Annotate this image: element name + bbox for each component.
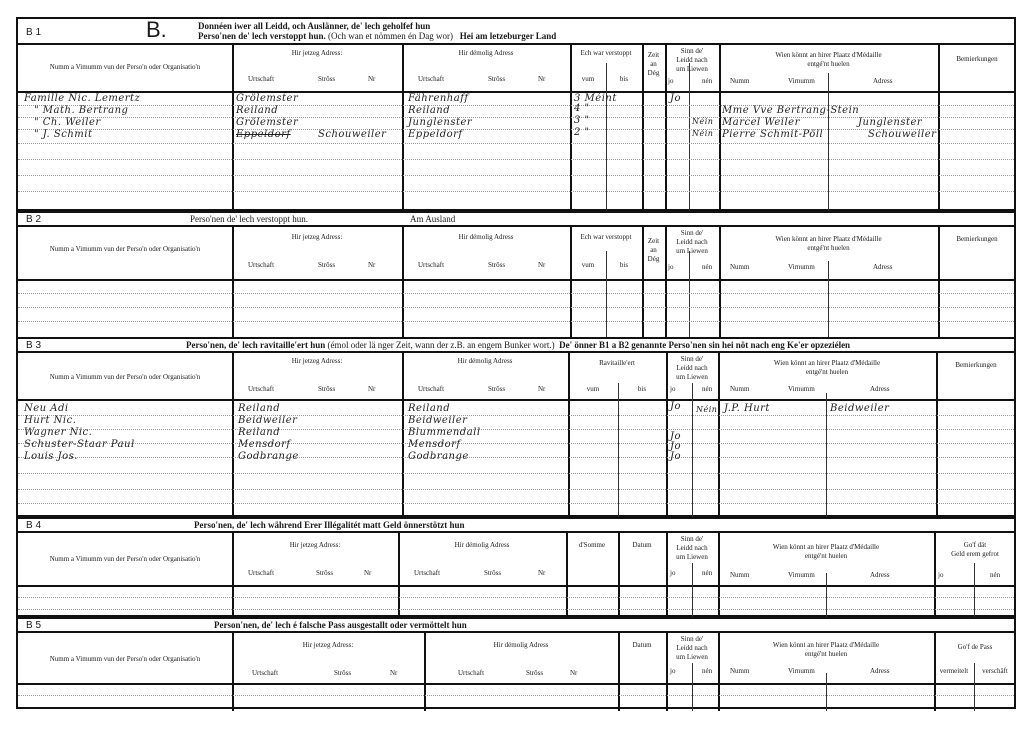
section-b5: B 5 Person'nen, de' lech é falsche Pass … bbox=[16, 617, 1016, 709]
section-b4: B 4 Perso'nen, de' lech während Erer Ill… bbox=[16, 517, 1016, 617]
header-passport: Go'f de Pass bbox=[934, 643, 1016, 652]
label: Sinn de' bbox=[681, 635, 703, 643]
entry-alive-no: Néin bbox=[692, 117, 713, 126]
header-current-address: Hir jetzeg Adress: bbox=[232, 49, 402, 58]
header-urtschaft: Urtschaft bbox=[248, 385, 274, 394]
header-nen: nén bbox=[990, 571, 1000, 580]
rule-line bbox=[18, 175, 1014, 176]
header-current-address: Hir jetzeg Adress: bbox=[232, 541, 398, 550]
header-nr: Nr bbox=[368, 75, 375, 84]
header-nen: nén bbox=[702, 667, 712, 676]
entry-current-place: Mensdorf bbox=[238, 439, 291, 450]
header-numm: Numm bbox=[730, 263, 749, 272]
entry-name: " Math. Bertrang bbox=[34, 105, 128, 116]
label: Wien könnt an hirer Plaatz d'Médaille bbox=[774, 359, 880, 367]
col-divider bbox=[938, 227, 940, 341]
entry-name: Wagner Nic. bbox=[24, 427, 92, 438]
label: Leidd nach bbox=[676, 56, 707, 64]
header-stross: Strõss bbox=[318, 75, 335, 84]
header-remarks: Bemierkungen bbox=[938, 55, 1016, 64]
rule-line bbox=[18, 293, 1014, 294]
section-title-line1: Donnéen iwer all Leidd, och Auslänner, d… bbox=[198, 21, 430, 31]
header-name: Numm a Vimumm vun der Perso'n oder Organ… bbox=[18, 655, 232, 664]
header-stross: Strõss bbox=[484, 569, 501, 578]
header-nr: Nr bbox=[538, 385, 545, 394]
header-medal: Wien könnt an hirer Plaatz d'Médailleent… bbox=[718, 543, 934, 561]
label: entgé'nt huelen bbox=[805, 650, 847, 658]
col-divider bbox=[402, 353, 404, 519]
section-title-location: Am Ausland bbox=[410, 214, 455, 224]
header-stross: Strõss bbox=[488, 75, 505, 84]
header-alive: Sinn de'Leidd nachum Liewen bbox=[666, 535, 718, 562]
header-nr: Nr bbox=[538, 261, 545, 270]
header-zeit: ZeitanDég bbox=[642, 51, 665, 78]
rule-line bbox=[18, 457, 1014, 458]
section-title-line2: Perso'nen de' lech verstoppt hun. (Och w… bbox=[198, 31, 556, 41]
label: um Liewen bbox=[676, 653, 708, 661]
entry-struck-place: Eppeldorf bbox=[236, 129, 291, 140]
rule-line bbox=[18, 503, 1014, 504]
entry-hidden-from: 3 " bbox=[574, 115, 590, 126]
header-jo: jo bbox=[670, 385, 675, 394]
entry-medal-name: Pierre Schmit-Pöll bbox=[722, 129, 823, 140]
header-former-address: Hir démolig Adress bbox=[424, 641, 618, 650]
header-jo: jo bbox=[668, 77, 673, 86]
section-title: Perso'nen, de' lech während Erer Illégal… bbox=[194, 520, 464, 530]
entry-former-place: Junglenster bbox=[408, 117, 472, 128]
header-stross: Strõss bbox=[334, 669, 351, 678]
rule-line bbox=[18, 321, 1014, 322]
col-divider bbox=[232, 227, 234, 341]
header-current-address: Hir jetzeg Adress: bbox=[232, 233, 402, 242]
header-stross: Strõss bbox=[526, 669, 543, 678]
header-name: Numm a Vimumm vun der Perso'n oder Organ… bbox=[18, 555, 232, 564]
entry-current-place: Grölemster bbox=[236, 117, 298, 128]
entry-alive-yes: Jo bbox=[670, 401, 681, 412]
entry-former-place: Beidweiler bbox=[408, 415, 467, 426]
header-name: Numm a Vimumm vun der Perso'n oder Organ… bbox=[18, 245, 232, 254]
rule-line bbox=[18, 129, 1014, 130]
header-obtained: verschäft bbox=[974, 667, 1016, 676]
col-divider bbox=[828, 261, 829, 341]
section-b1-title-bar: B 1 B. Donnéen iwer all Leidd, och Auslä… bbox=[18, 19, 1014, 45]
title-part: Perso'nen de' lech verstoppt hun. bbox=[198, 31, 326, 41]
label: entgé'nt huelen bbox=[807, 244, 849, 252]
header-nr: Nr bbox=[538, 75, 545, 84]
title-part: De' önner B1 a B2 genannte Perso'nen sin… bbox=[559, 340, 850, 350]
entry-medal-address: Beidweiler bbox=[830, 403, 889, 414]
label: Zeit bbox=[648, 237, 659, 245]
header-hidden: Ech war verstoppt bbox=[570, 49, 642, 58]
col-divider bbox=[618, 383, 619, 519]
header-stross: Strõss bbox=[488, 261, 505, 270]
label: um Liewen bbox=[676, 553, 708, 561]
col-divider bbox=[936, 353, 938, 519]
entry-former-place: Reiland bbox=[408, 403, 450, 414]
col-divider bbox=[232, 45, 234, 239]
header-adress: Adress bbox=[870, 667, 889, 676]
entry-hidden-from: 2 " bbox=[574, 127, 590, 138]
entry-current-place: Beidweiler bbox=[238, 415, 297, 426]
entry-current-place: Reiland bbox=[238, 427, 280, 438]
title-part: Hei am letzeburger Land bbox=[460, 31, 557, 41]
header-nr: Nr bbox=[538, 569, 545, 578]
header-current-address: Hir jetzeg Adress: bbox=[232, 357, 402, 366]
section-code: B 4 bbox=[26, 520, 41, 531]
entry-hidden-from: 4 " bbox=[574, 103, 590, 114]
section-b3: B 3 Perso'nen, de' lech ravitaille'ert h… bbox=[16, 337, 1016, 517]
header-nr: Nr bbox=[368, 261, 375, 270]
header-nr: Nr bbox=[368, 385, 375, 394]
col-divider bbox=[826, 673, 827, 711]
label: an bbox=[650, 60, 657, 68]
header-medal: Wien könnt an hirer Plaatz d'Médailleent… bbox=[719, 51, 938, 69]
header-bis: bis bbox=[606, 261, 642, 270]
section-title: Perso'nen de' lech verstoppt hun. bbox=[190, 214, 308, 224]
header-datum: Datum bbox=[618, 641, 666, 650]
header-vum: vum bbox=[570, 261, 606, 270]
header-datum: Datum bbox=[618, 541, 666, 550]
header-virnumm: Virnumm bbox=[788, 385, 815, 394]
header-urtschaft: Urtschaft bbox=[414, 569, 440, 578]
col-divider bbox=[974, 563, 975, 619]
header-former-address: Hir démolig Adress bbox=[402, 233, 570, 242]
header-alive: Sinn de'Leidd nachum Liewen bbox=[666, 355, 718, 382]
title-part: Perso'nen, de' lech ravitaille'ert hun bbox=[186, 340, 325, 350]
header-alive: Sinn de'Leidd nachum Liewen bbox=[665, 47, 719, 74]
col-divider bbox=[570, 227, 572, 341]
header-zeit: ZeitanDég bbox=[642, 237, 665, 264]
label: Go'f dät bbox=[964, 541, 986, 549]
header-vum: vum bbox=[570, 75, 606, 84]
label: um Liewen bbox=[676, 373, 708, 381]
header-virnumm: Virnumm bbox=[788, 77, 815, 86]
entry-medal-name: Marcel Weiler bbox=[722, 117, 800, 128]
label: entgé'nt huelen bbox=[805, 552, 847, 560]
header-virnumm: Virnumm bbox=[788, 667, 815, 676]
header-urtschaft: Urtschaft bbox=[248, 75, 274, 84]
header-adress: Adress bbox=[870, 385, 889, 394]
label: Sinn de' bbox=[681, 47, 703, 55]
rule-line bbox=[18, 695, 1014, 696]
label: Leidd nach bbox=[676, 238, 707, 246]
header-nen: nén bbox=[702, 385, 712, 394]
section-code: B 1 bbox=[26, 27, 41, 38]
header-nr: Nr bbox=[570, 669, 577, 678]
col-divider bbox=[718, 353, 720, 519]
entry-former-place: Eppeldorf bbox=[408, 129, 463, 140]
entry-alive-no: Néin bbox=[692, 129, 713, 138]
rule-line bbox=[18, 415, 1014, 416]
label: Geld erem gefrot bbox=[951, 550, 999, 558]
header-urtschaft: Urtschaft bbox=[458, 669, 484, 678]
label: Dég bbox=[648, 69, 660, 77]
entry-current-place: Grölemster bbox=[236, 93, 298, 104]
header-remarks: Bemierkungen bbox=[936, 361, 1016, 370]
header-urtschaft: Urtschaft bbox=[418, 385, 444, 394]
col-divider bbox=[402, 45, 404, 239]
entry-former-place: Fährenhaff bbox=[408, 93, 469, 104]
header-nen: nén bbox=[702, 77, 712, 86]
label: Leidd nach bbox=[676, 544, 707, 552]
header-nen: nén bbox=[702, 263, 712, 272]
label: Leidd nach bbox=[676, 644, 707, 652]
header-former-address: Hir démolig Adress bbox=[402, 49, 570, 58]
col-divider bbox=[692, 563, 693, 619]
section-title: Perso'nen, de' lech ravitaille'ert hun (… bbox=[186, 340, 850, 350]
rule-line bbox=[18, 143, 1014, 144]
rule-line bbox=[18, 489, 1014, 490]
header-alive: Sinn de'Leidd nachum Liewen bbox=[665, 229, 719, 256]
header-medal: Wien könnt an hirer Plaatz d'Médailleent… bbox=[719, 235, 938, 253]
entry-name: Famille Nic. Lemertz bbox=[24, 93, 140, 104]
label: Sinn de' bbox=[681, 535, 703, 543]
header-stross: Strõss bbox=[316, 569, 333, 578]
section-title: Person'nen, de' lech é falsche Pass ausg… bbox=[214, 620, 467, 630]
section-b2: B 2 Perso'nen de' lech verstoppt hun. Am… bbox=[16, 211, 1016, 339]
col-divider bbox=[689, 251, 690, 341]
header-medal: Wien könnt an hirer Plaatz d'Médailleent… bbox=[718, 359, 936, 377]
col-divider bbox=[826, 393, 827, 519]
entry-current-place: Schouweiler bbox=[318, 129, 386, 140]
header-ravitailleiert: Ravitaille'ert bbox=[568, 359, 666, 368]
entry-name: Hurt Nic. bbox=[24, 415, 76, 426]
label: Wien könnt an hirer Plaatz d'Médaille bbox=[775, 51, 881, 59]
rule-line bbox=[18, 307, 1014, 308]
header-nen: nén bbox=[702, 569, 712, 578]
header-adress: Adress bbox=[870, 571, 889, 580]
label: Leidd nach bbox=[676, 364, 707, 372]
header-name: Numm a Vimumm vun der Perso'n oder Organ… bbox=[18, 373, 232, 382]
header-virnumm: Virnumm bbox=[788, 263, 815, 272]
form-letter: B. bbox=[146, 17, 167, 43]
entry-name: Louis Jos. bbox=[24, 451, 78, 462]
header-remarks: Bemierkungen bbox=[938, 235, 1016, 244]
label: Wien könnt an hirer Plaatz d'Médaille bbox=[773, 543, 879, 551]
label: Wien könnt an hirer Plaatz d'Médaille bbox=[775, 235, 881, 243]
entry-former-place: Godbrange bbox=[408, 451, 469, 462]
col-divider bbox=[826, 573, 827, 619]
header-alive: Sinn de'Leidd nachum Liewen bbox=[666, 635, 718, 662]
rule-line bbox=[18, 429, 1014, 430]
entry-current-place: Reiland bbox=[238, 403, 280, 414]
header-numm: Numm bbox=[730, 77, 749, 86]
header-urtschaft: Urtschaft bbox=[418, 75, 444, 84]
header-urtschaft: Urtschaft bbox=[248, 261, 274, 270]
header-nr: Nr bbox=[390, 669, 397, 678]
header-current-address: Hir jetzeg Adress: bbox=[232, 641, 424, 650]
section-code: B 3 bbox=[26, 340, 41, 351]
label: Dég bbox=[648, 255, 660, 263]
entry-former-place: Blummendall bbox=[408, 427, 481, 438]
entry-name: Schuster-Staar Paul bbox=[24, 439, 135, 450]
header-adress: Adress bbox=[873, 263, 892, 272]
col-divider bbox=[402, 227, 404, 341]
section-code: B 2 bbox=[26, 214, 41, 225]
rule-line bbox=[18, 191, 1014, 192]
header-bis: bis bbox=[618, 385, 666, 394]
header-numm: Numm bbox=[730, 571, 749, 580]
header-numm: Numm bbox=[730, 385, 749, 394]
entry-current-place: Godbrange bbox=[238, 451, 299, 462]
rule-line bbox=[18, 597, 1014, 598]
label: entgé'nt huelen bbox=[807, 60, 849, 68]
header-former-address: Hir démolig Adress bbox=[398, 541, 566, 550]
entry-current-place: Reiland bbox=[236, 105, 278, 116]
section-b4-title-bar: B 4 Perso'nen, de' lech während Erer Ill… bbox=[18, 519, 1014, 533]
header-bis: bis bbox=[606, 75, 642, 84]
label: Sinn de' bbox=[681, 355, 703, 363]
header-jo: jo bbox=[938, 571, 943, 580]
entry-medal-address: Junglenster bbox=[858, 117, 922, 128]
entry-former-place: Mensdorf bbox=[408, 439, 461, 450]
header-brokered: vermeitelt bbox=[934, 667, 974, 676]
section-code: B 5 bbox=[26, 620, 41, 631]
header-adress: Adress bbox=[873, 77, 892, 86]
col-divider bbox=[692, 663, 693, 711]
rule-line bbox=[18, 609, 1014, 610]
header-stross: Strõss bbox=[318, 261, 335, 270]
entry-medal-address: Schouweiler bbox=[868, 129, 936, 140]
col-divider bbox=[568, 353, 570, 519]
header-jo: jo bbox=[668, 263, 673, 272]
header-urtschaft: Urtschaft bbox=[248, 569, 274, 578]
entry-medal-name: Mme Vve Bertrang-Stein bbox=[722, 105, 859, 116]
label: um Liewen bbox=[676, 65, 708, 73]
entry-name: Neu Adi bbox=[24, 403, 69, 414]
entry-former-place: Reiland bbox=[408, 105, 450, 116]
header-jo: jo bbox=[670, 569, 675, 578]
header-money-returned: Go'f dätGeld erem gefrot bbox=[934, 541, 1016, 559]
label: Sinn de' bbox=[681, 229, 703, 237]
entry-alive-yes: Jo bbox=[670, 451, 681, 462]
rule-line bbox=[18, 473, 1014, 474]
header-urtschaft: Urtschaft bbox=[252, 669, 278, 678]
header-numm: Numm bbox=[730, 667, 749, 676]
header-jo: jo bbox=[670, 667, 675, 676]
section-b5-title-bar: B 5 Person'nen, de' lech é falsche Pass … bbox=[18, 619, 1014, 633]
header-virnumm: Virnumm bbox=[788, 571, 815, 580]
title-part: (émol oder lä nger Zeit, wann der z.B. a… bbox=[327, 340, 554, 350]
header-vum: vum bbox=[568, 385, 618, 394]
col-divider bbox=[232, 353, 234, 519]
header-stross: Strõss bbox=[488, 385, 505, 394]
rule-line bbox=[18, 105, 1014, 106]
col-divider bbox=[692, 383, 693, 519]
section-b2-title-bar: B 2 Perso'nen de' lech verstoppt hun. Am… bbox=[18, 213, 1014, 227]
entry-medal-name: J.P. Hurt bbox=[724, 403, 770, 414]
section-b1: B 1 B. Donnéen iwer all Leidd, och Auslä… bbox=[16, 17, 1016, 211]
entry-alive-yes: Jo bbox=[670, 93, 681, 104]
entry-name: " J. Schmit bbox=[34, 129, 92, 140]
section-b3-title-bar: B 3 Perso'nen, de' lech ravitaille'ert h… bbox=[18, 339, 1014, 353]
label: um Liewen bbox=[676, 247, 708, 255]
label: Wien könnt an hirer Plaatz d'Médaille bbox=[773, 641, 879, 649]
header-stross: Strõss bbox=[318, 385, 335, 394]
header-urtschaft: Urtschaft bbox=[418, 261, 444, 270]
entry-name: " Ch. Weiler bbox=[34, 117, 101, 128]
title-part: (Och wan et nömmen én Dag wor) bbox=[328, 31, 453, 41]
label: entgé'nt huelen bbox=[806, 368, 848, 376]
label: Zeit bbox=[648, 51, 659, 59]
header-former-address: Hir démolig Adress bbox=[402, 357, 568, 366]
label: an bbox=[650, 246, 657, 254]
header-nr: Nr bbox=[364, 569, 371, 578]
rule-line bbox=[18, 159, 1014, 160]
rule-line bbox=[18, 443, 1014, 444]
header-medal: Wien könnt an hirer Plaatz d'Médailleent… bbox=[718, 641, 934, 659]
header-hidden: Ech war verstoppt bbox=[570, 233, 642, 242]
entry-alive-no: Néin bbox=[696, 405, 717, 414]
header-name: Numm a Vimumm vun der Perso'n oder Organ… bbox=[18, 63, 232, 72]
header-somme: d'Somme bbox=[566, 541, 618, 550]
